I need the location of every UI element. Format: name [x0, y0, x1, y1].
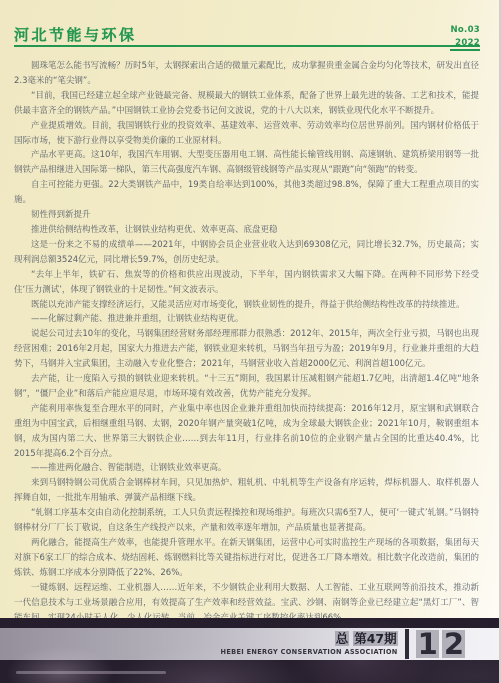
article-paragraph: 去产能，让一度陷入亏损的钢铁业迎来转机。“十三五”期间，我国累计压减粗钢产能超1…: [14, 372, 479, 402]
footer-photo-highlight: [16, 671, 166, 674]
page-number: 1 2: [416, 630, 465, 658]
article-paragraph: “轧钢工序基本交由自动化控制系统，工人只负责远程操控和现场维护。每班次只需6至7…: [14, 506, 479, 536]
article-paragraph: 这是一份来之不易的成绩单——2021年，中钢协会员企业营业收入达到69308亿元…: [14, 238, 479, 268]
issue-year: 2022: [450, 39, 480, 51]
page-footer: 总第47期 HEBEI ENERGY CONSERVATION ASSOCIAT…: [0, 618, 501, 683]
footer-band: 总第47期 HEBEI ENERGY CONSERVATION ASSOCIAT…: [0, 628, 501, 660]
article-paragraph: 韧性得到新提升: [14, 208, 479, 223]
article-paragraph: 自主可控能力更强。22大类钢铁产品中，19类自给率达到100%，其他3类超过98…: [14, 178, 479, 208]
header-divider: [14, 45, 480, 47]
issue-number: No.03: [450, 26, 480, 35]
article-paragraph: ——推进两化融合、智能制造，让钢铁业效率更高。: [14, 461, 479, 476]
issue-info: No.03 2022: [450, 26, 480, 51]
page-number-digit: 2: [442, 630, 465, 658]
article-paragraph: 说起公司过去10年的变化，马钢集团经营财务部经理邢群力很熟悉：2012年、201…: [14, 327, 479, 372]
article-paragraph: 来到马钢特钢公司优质合金钢棒材车间，只见加热炉、粗轧机、中轧机等生产设备有序运转…: [14, 476, 479, 506]
footer-issue-prefix: 总: [335, 631, 350, 646]
association-name: HEBEI ENERGY CONSERVATION ASSOCIATION: [221, 648, 398, 656]
article-paragraph: 产品水平更高。这10年，我国汽车用钢、大型变压器用电工钢、高性能长输管线用钢、高…: [14, 148, 479, 178]
article-paragraph: 产业提质增效。目前，我国钢铁行业的投资效率、基建效率、运营效率、劳动效率均位居世…: [14, 119, 479, 149]
magazine-page: 河北节能与环保 No.03 2022 圆珠笔怎么能书写流畅？历时5年，太钢探索出…: [0, 0, 501, 683]
article-body: 圆珠笔怎么能书写流畅？历时5年，太钢探索出合适的微量元素配比，成功掌握贵重金属合…: [14, 59, 479, 640]
article-paragraph: ——化解过剩产能、推进兼并重组，让钢铁业结构更优。: [14, 312, 479, 327]
page-header: 河北节能与环保 No.03 2022: [14, 26, 488, 56]
footer-issue-block: 总第47期 HEBEI ENERGY CONSERVATION ASSOCIAT…: [221, 632, 398, 656]
article-paragraph: 圆珠笔怎么能书写流畅？历时5年，太钢探索出合适的微量元素配比，成功掌握贵重金属合…: [14, 59, 479, 89]
article-paragraph: 两化融合，能提高生产效率，也能提升管理水平。在新天钢集团，运营中心可实时监控生产…: [14, 536, 479, 581]
page-title: 河北节能与环保: [14, 26, 488, 44]
footer-issue-line: 总第47期: [221, 632, 398, 646]
footer-issue-label: 第47期: [353, 631, 397, 646]
article-paragraph: “目前，我国已经建立起全球产业链最完备、规模最大的钢铁工业体系，配备了世界上最先…: [14, 89, 479, 119]
article-paragraph: “去年上半年，铁矿石、焦炭等的价格和供应出现波动，下半年，国内钢铁需求又大幅下降…: [14, 268, 479, 298]
article-paragraph: 产能利用率恢复至合理水平的同时，产业集中率也因企业兼并重组加快而持续提高：201…: [14, 402, 479, 462]
footer-divider-bar: [405, 629, 409, 659]
article-paragraph: 推进供给侧结构性改革，让钢铁业结构更优、效率更高、底盘更稳: [14, 223, 479, 238]
article-paragraph: 既能以充沛产能支撑经济运行，又能灵活应对市场变化，钢铁业韧性的提升，得益于供给侧…: [14, 298, 479, 313]
page-number-digit: 1: [416, 630, 439, 658]
